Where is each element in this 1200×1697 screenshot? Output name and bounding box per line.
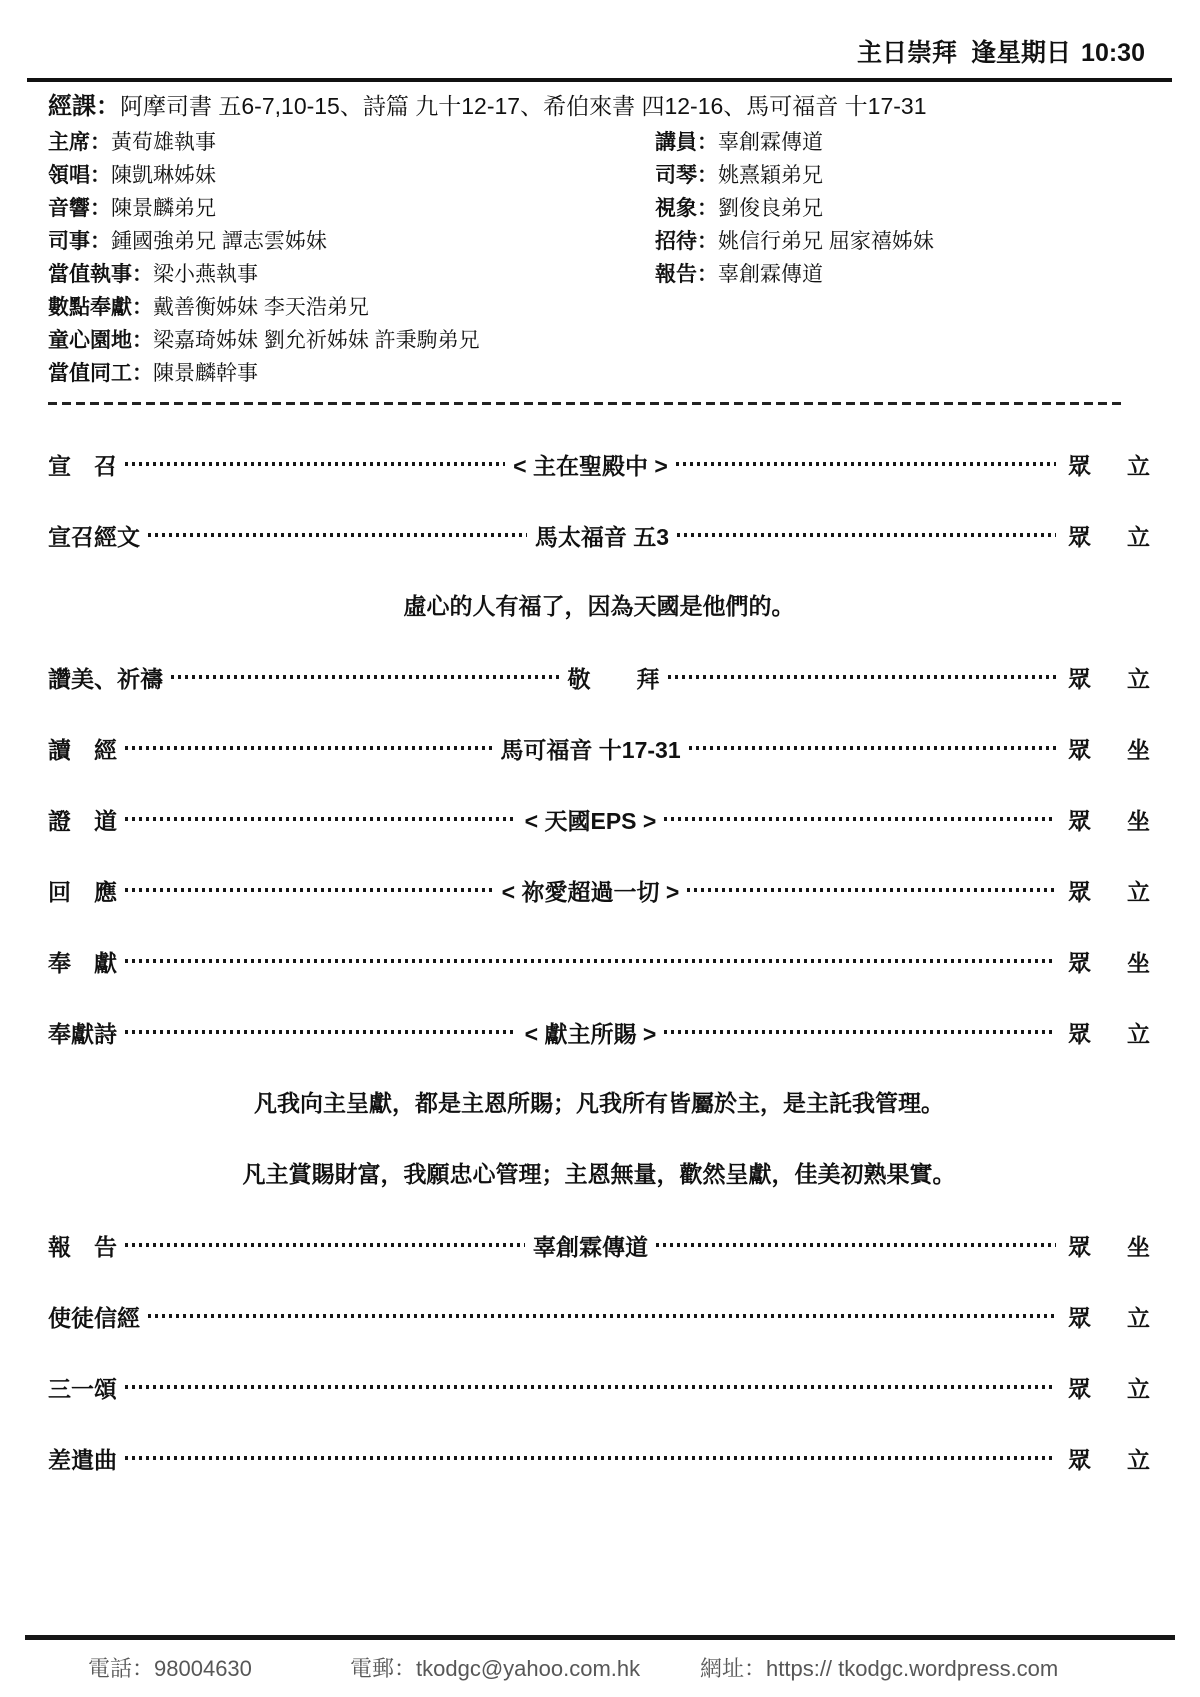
role-label: 講員： [655, 131, 718, 154]
service-item-label: 宣召經文 [48, 519, 140, 552]
posture-group: 眾立 [1068, 1442, 1150, 1475]
posture-label: 立 [1127, 874, 1150, 907]
posture-label: 坐 [1127, 803, 1150, 836]
page-header: 主日崇拜逢星期日10:30 [0, 0, 1200, 68]
role-name: 辜創霖傳道 [718, 263, 823, 286]
scripture-line: 經課：阿摩司書 五6-7,10-15、詩篇 九十12-17、希伯來書 四12-1… [48, 90, 1160, 123]
role-label: 司琴： [655, 164, 718, 187]
role-row: 司事：鍾國強弟兄 譚志雲姊妹 [48, 225, 655, 258]
role-label: 招待： [655, 230, 718, 253]
audience-label: 眾 [1068, 448, 1091, 481]
role-name: 劉俊良弟兄 [718, 197, 823, 220]
service-item-label: 使徒信經 [48, 1300, 140, 1333]
footer-website-value: https:// tkodgc.wordpress.com [766, 1656, 1058, 1681]
service-item: 差遣曲眾立 [48, 1441, 1150, 1475]
role-name: 梁小燕執事 [153, 263, 258, 286]
service-item: 讀 經馬可福音 十17-31眾坐 [48, 731, 1150, 765]
service-item-label: 奉獻詩 [48, 1016, 117, 1049]
dot-leader [125, 1456, 1056, 1460]
role-name: 梁嘉琦姊妹 劉允祈姊妹 許秉駒弟兄 [153, 329, 480, 352]
scripture-label: 經課： [48, 93, 120, 120]
audience-label: 眾 [1068, 945, 1091, 978]
role-name: 黃荀雄執事 [111, 131, 216, 154]
role-label: 童心園地： [48, 329, 153, 352]
dot-leader [687, 888, 1056, 892]
posture-group: 眾立 [1068, 448, 1150, 481]
audience-label: 眾 [1068, 803, 1091, 836]
scripture-text: 阿摩司書 五6-7,10-15、詩篇 九十12-17、希伯來書 四12-16、馬… [120, 93, 927, 119]
posture-label: 立 [1127, 448, 1150, 481]
footer-email: 電郵：tkodgc@yahoo.com.hk [350, 1650, 640, 1688]
roles-section: 主席：黃荀雄執事領唱：陳凱琳姊妹音響：陳景麟弟兄司事：鍾國強弟兄 譚志雲姊妹當值… [48, 126, 1160, 390]
audience-label: 眾 [1068, 1300, 1091, 1333]
service-item-label: 差遣曲 [48, 1442, 117, 1475]
posture-group: 眾坐 [1068, 1229, 1150, 1262]
role-label: 音響： [48, 197, 111, 220]
role-label: 領唱： [48, 164, 111, 187]
service-item-label: 奉 獻 [48, 945, 117, 978]
role-row: 報告：辜創霖傳道 [655, 258, 1160, 291]
service-item-label: 報 告 [48, 1229, 117, 1262]
service-item: 讚美、祈禱敬 拜眾立 [48, 660, 1150, 694]
dot-leader [148, 533, 527, 537]
audience-label: 眾 [1068, 519, 1091, 552]
audience-label: 眾 [1068, 1229, 1091, 1262]
role-row: 音響：陳景麟弟兄 [48, 192, 655, 225]
worship-title: 主日崇拜 [857, 38, 957, 68]
role-label: 主席： [48, 131, 111, 154]
posture-group: 眾坐 [1068, 732, 1150, 765]
dot-leader [689, 746, 1056, 750]
service-item: 使徒信經眾立 [48, 1299, 1150, 1333]
dot-leader [668, 675, 1057, 679]
service-item-content: < 獻主所賜 > [525, 1016, 657, 1049]
service-item-content: < 天國EPS > [525, 803, 657, 836]
role-row: 司琴：姚熹穎弟兄 [655, 159, 1160, 192]
top-rule [27, 78, 1172, 82]
role-name: 姚信行弟兄 屈家禧姊妹 [718, 230, 934, 253]
audience-label: 眾 [1068, 1016, 1091, 1049]
role-row: 數點奉獻：戴善衡姊妹 李天浩弟兄 [48, 291, 655, 324]
worship-time: 10:30 [1081, 38, 1145, 68]
dot-leader [664, 817, 1056, 821]
role-label: 司事： [48, 230, 111, 253]
posture-group: 眾坐 [1068, 803, 1150, 836]
dot-leader [148, 1314, 1056, 1318]
role-name: 陳景麟幹事 [153, 362, 258, 385]
role-name: 戴善衡姊妹 李天浩弟兄 [153, 296, 369, 319]
role-row: 領唱：陳凱琳姊妹 [48, 159, 655, 192]
dot-leader [676, 462, 1056, 466]
posture-group: 眾立 [1068, 874, 1150, 907]
footer-phone: 電話：98004630 [88, 1650, 252, 1688]
dot-leader [656, 1243, 1056, 1247]
service-item-content: < 祢愛超過一切 > [502, 874, 680, 907]
posture-group: 眾立 [1068, 1016, 1150, 1049]
verse-line: 凡我向主呈獻，都是主恩所賜；凡我所有皆屬於主，是主託我管理。 [48, 1086, 1150, 1120]
footer-website-label: 網址： [700, 1656, 766, 1681]
service-item: 三一頌眾立 [48, 1370, 1150, 1404]
role-name: 陳景麟弟兄 [111, 197, 216, 220]
role-label: 報告： [655, 263, 718, 286]
posture-label: 坐 [1127, 945, 1150, 978]
footer-email-label: 電郵： [350, 1656, 416, 1681]
audience-label: 眾 [1068, 1371, 1091, 1404]
posture-label: 立 [1127, 661, 1150, 694]
posture-label: 立 [1127, 1300, 1150, 1333]
page-footer: 電話：98004630 電郵：tkodgc@yahoo.com.hk 網址：ht… [0, 1650, 1200, 1690]
service-item-label: 證 道 [48, 803, 117, 836]
posture-group: 眾立 [1068, 519, 1150, 552]
service-item: 奉 獻眾坐 [48, 944, 1150, 978]
service-item: 報 告辜創霖傳道眾坐 [48, 1228, 1150, 1262]
roles-left-column: 主席：黃荀雄執事領唱：陳凱琳姊妹音響：陳景麟弟兄司事：鍾國強弟兄 譚志雲姊妹當值… [48, 126, 655, 390]
dot-leader [664, 1030, 1056, 1034]
dot-leader [125, 462, 505, 466]
role-row: 童心園地：梁嘉琦姊妹 劉允祈姊妹 許秉駒弟兄 [48, 324, 655, 357]
service-item-label: 讀 經 [48, 732, 117, 765]
posture-group: 眾立 [1068, 661, 1150, 694]
verse-line: 凡主賞賜財富，我願忠心管理；主恩無量，歡然呈獻，佳美初熟果實。 [48, 1157, 1150, 1191]
role-row: 視象：劉俊良弟兄 [655, 192, 1160, 225]
service-item: 奉獻詩< 獻主所賜 >眾立 [48, 1015, 1150, 1049]
role-label: 當值同工： [48, 362, 153, 385]
role-row: 講員：辜創霖傳道 [655, 126, 1160, 159]
posture-label: 坐 [1127, 732, 1150, 765]
posture-label: 立 [1127, 1016, 1150, 1049]
dot-leader [125, 888, 494, 892]
dashed-divider [48, 402, 1122, 405]
role-row: 當值執事：梁小燕執事 [48, 258, 655, 291]
roles-right-column: 講員：辜創霖傳道司琴：姚熹穎弟兄視象：劉俊良弟兄招待：姚信行弟兄 屈家禧姊妹報告… [655, 126, 1160, 390]
posture-label: 坐 [1127, 1229, 1150, 1262]
posture-group: 眾立 [1068, 1300, 1150, 1333]
audience-label: 眾 [1068, 1442, 1091, 1475]
dot-leader [677, 533, 1056, 537]
bottom-rule [25, 1635, 1175, 1640]
role-name: 辜創霖傳道 [718, 131, 823, 154]
role-name: 陳凱琳姊妹 [111, 164, 216, 187]
footer-phone-label: 電話： [88, 1656, 154, 1681]
footer-website: 網址：https:// tkodgc.wordpress.com [700, 1650, 1058, 1688]
service-item: 證 道< 天國EPS >眾坐 [48, 802, 1150, 836]
dot-leader [171, 675, 560, 679]
footer-phone-value: 98004630 [154, 1656, 252, 1681]
role-label: 當值執事： [48, 263, 153, 286]
dot-leader [125, 1385, 1056, 1389]
audience-label: 眾 [1068, 661, 1091, 694]
service-item: 宣 召< 主在聖殿中 >眾立 [48, 447, 1150, 481]
footer-email-value: tkodgc@yahoo.com.hk [416, 1656, 640, 1681]
service-item-content: 辜創霖傳道 [533, 1229, 648, 1262]
role-row: 當值同工：陳景麟幹事 [48, 357, 655, 390]
dot-leader [125, 959, 1056, 963]
service-item-content: < 主在聖殿中 > [513, 448, 668, 481]
dot-leader [125, 746, 492, 750]
service-item-content: 馬太福音 五3 [535, 519, 669, 552]
order-of-service: 宣 召< 主在聖殿中 >眾立宣召經文馬太福音 五3眾立虛心的人有福了，因為天國是… [48, 447, 1150, 1475]
service-item-label: 讚美、祈禱 [48, 661, 163, 694]
worship-schedule: 逢星期日 [971, 38, 1071, 68]
role-label: 數點奉獻： [48, 296, 153, 319]
posture-label: 立 [1127, 1442, 1150, 1475]
role-row: 招待：姚信行弟兄 屈家禧姊妹 [655, 225, 1160, 258]
posture-group: 眾坐 [1068, 945, 1150, 978]
service-item: 回 應< 祢愛超過一切 >眾立 [48, 873, 1150, 907]
dot-leader [125, 1243, 525, 1247]
role-row: 主席：黃荀雄執事 [48, 126, 655, 159]
service-item-label: 三一頌 [48, 1371, 117, 1404]
audience-label: 眾 [1068, 874, 1091, 907]
service-item-label: 宣 召 [48, 448, 117, 481]
service-item-content: 馬可福音 十17-31 [500, 732, 680, 765]
role-name: 姚熹穎弟兄 [718, 164, 823, 187]
posture-group: 眾立 [1068, 1371, 1150, 1404]
dot-leader [125, 1030, 517, 1034]
role-label: 視象： [655, 197, 718, 220]
posture-label: 立 [1127, 1371, 1150, 1404]
audience-label: 眾 [1068, 732, 1091, 765]
posture-label: 立 [1127, 519, 1150, 552]
role-name: 鍾國強弟兄 譚志雲姊妹 [111, 230, 327, 253]
service-item: 宣召經文馬太福音 五3眾立 [48, 518, 1150, 552]
service-item-content: 敬 拜 [568, 661, 660, 694]
service-item-label: 回 應 [48, 874, 117, 907]
bulletin-page: 主日崇拜逢星期日10:30 經課：阿摩司書 五6-7,10-15、詩篇 九十12… [0, 0, 1200, 1697]
dot-leader [125, 817, 517, 821]
verse-line: 虛心的人有福了，因為天國是他們的。 [48, 589, 1150, 623]
